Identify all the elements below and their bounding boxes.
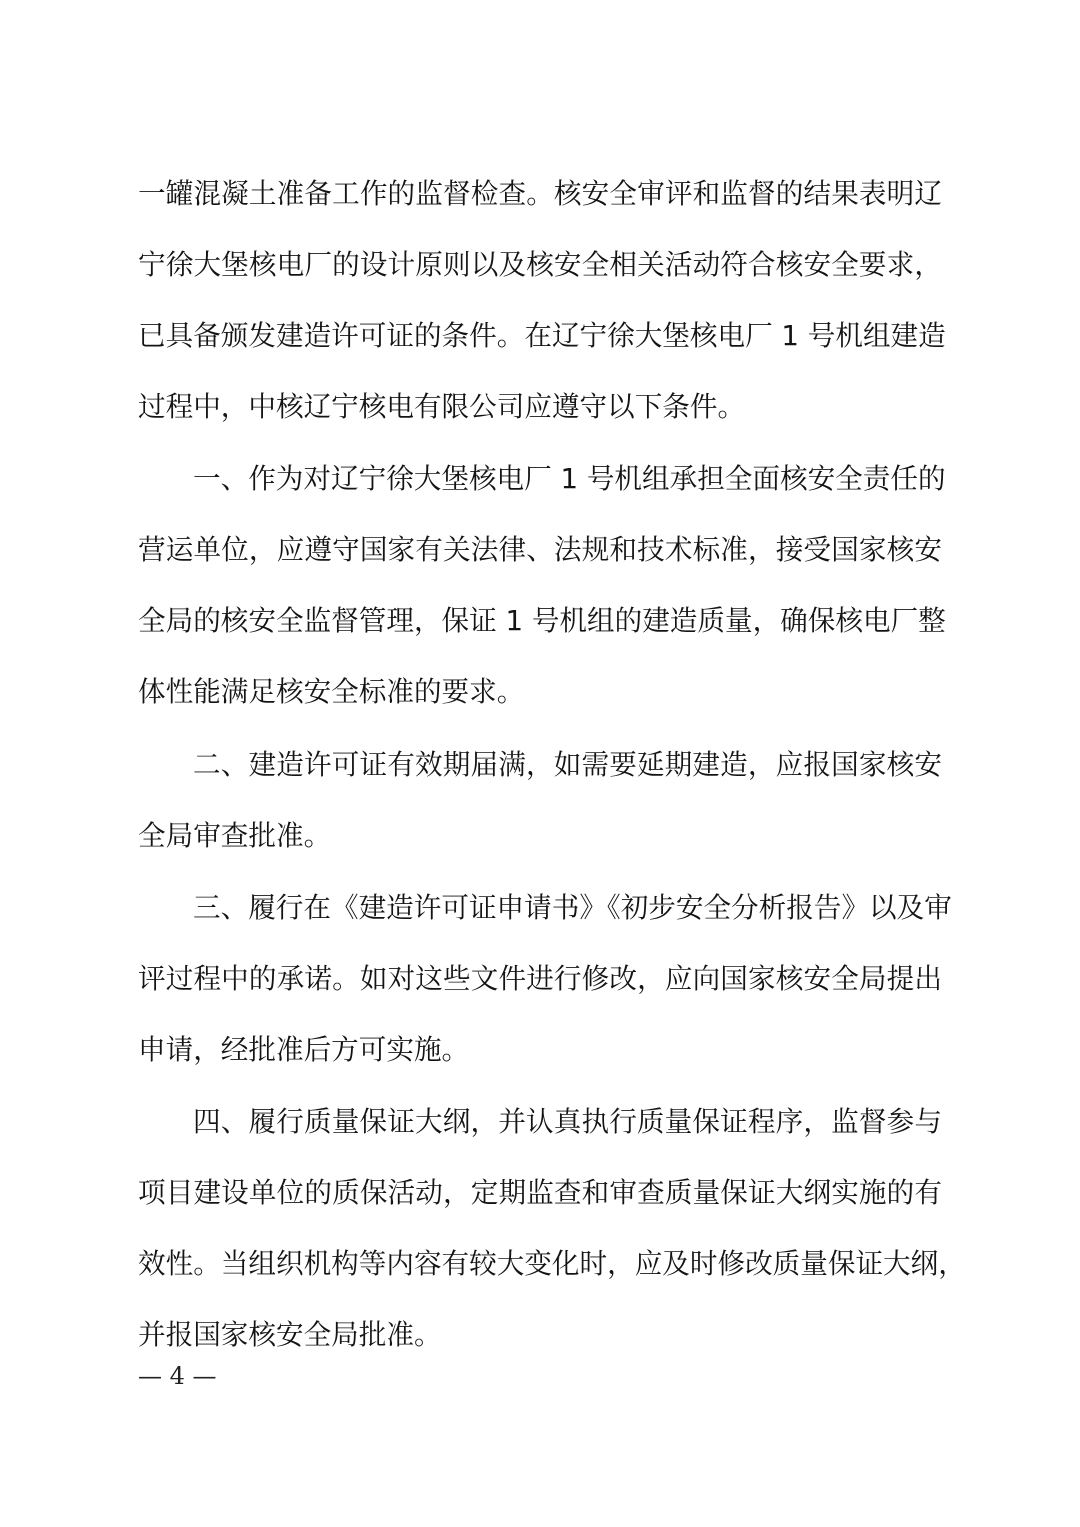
paragraph-line: 过程中，中核辽宁核电有限公司应遵守以下条件。 bbox=[138, 387, 942, 427]
paragraph-line: 效性。当组织机构等内容有较大变化时，应及时修改质量保证大纲， bbox=[138, 1244, 942, 1284]
paragraph-line: 二、建造许可证有效期届满，如需要延期建造，应报国家核安 bbox=[138, 745, 942, 785]
paragraph-line: 全局的核安全监督管理，保证 1 号机组的建造质量，确保核电厂整 bbox=[138, 601, 942, 641]
paragraph-line: 三、履行在《建造许可证申请书》《初步安全分析报告》以及审 bbox=[138, 888, 942, 928]
paragraph-line: 项目建设单位的质保活动，定期监查和审查质量保证大纲实施的有 bbox=[138, 1173, 942, 1213]
paragraph-line: 一、作为对辽宁徐大堡核电厂 1 号机组承担全面核安全责任的 bbox=[138, 459, 942, 499]
paragraph-line: 营运单位，应遵守国家有关法律、法规和技术标准，接受国家核安 bbox=[138, 530, 942, 570]
document-page: 一罐混凝土准备工作的监督检查。核安全审评和监督的结果表明辽 宁徐大堡核电厂的设计… bbox=[0, 0, 1080, 1527]
page-number: — 4 — bbox=[138, 1360, 217, 1392]
paragraph-line: 一罐混凝土准备工作的监督检查。核安全审评和监督的结果表明辽 bbox=[138, 174, 942, 214]
paragraph-line: 四、履行质量保证大纲，并认真执行质量保证程序，监督参与 bbox=[138, 1102, 942, 1142]
paragraph-line: 全局审查批准。 bbox=[138, 816, 942, 856]
paragraph-line: 并报国家核安全局批准。 bbox=[138, 1315, 942, 1355]
paragraph-line: 评过程中的承诺。如对这些文件进行修改，应向国家核安全局提出 bbox=[138, 959, 942, 999]
paragraph-line: 已具备颁发建造许可证的条件。在辽宁徐大堡核电厂 1 号机组建造 bbox=[138, 316, 942, 356]
paragraph-line: 申请，经批准后方可实施。 bbox=[138, 1030, 942, 1070]
paragraph-line: 体性能满足核安全标准的要求。 bbox=[138, 672, 942, 712]
paragraph-line: 宁徐大堡核电厂的设计原则以及核安全相关活动符合核安全要求， bbox=[138, 245, 942, 285]
